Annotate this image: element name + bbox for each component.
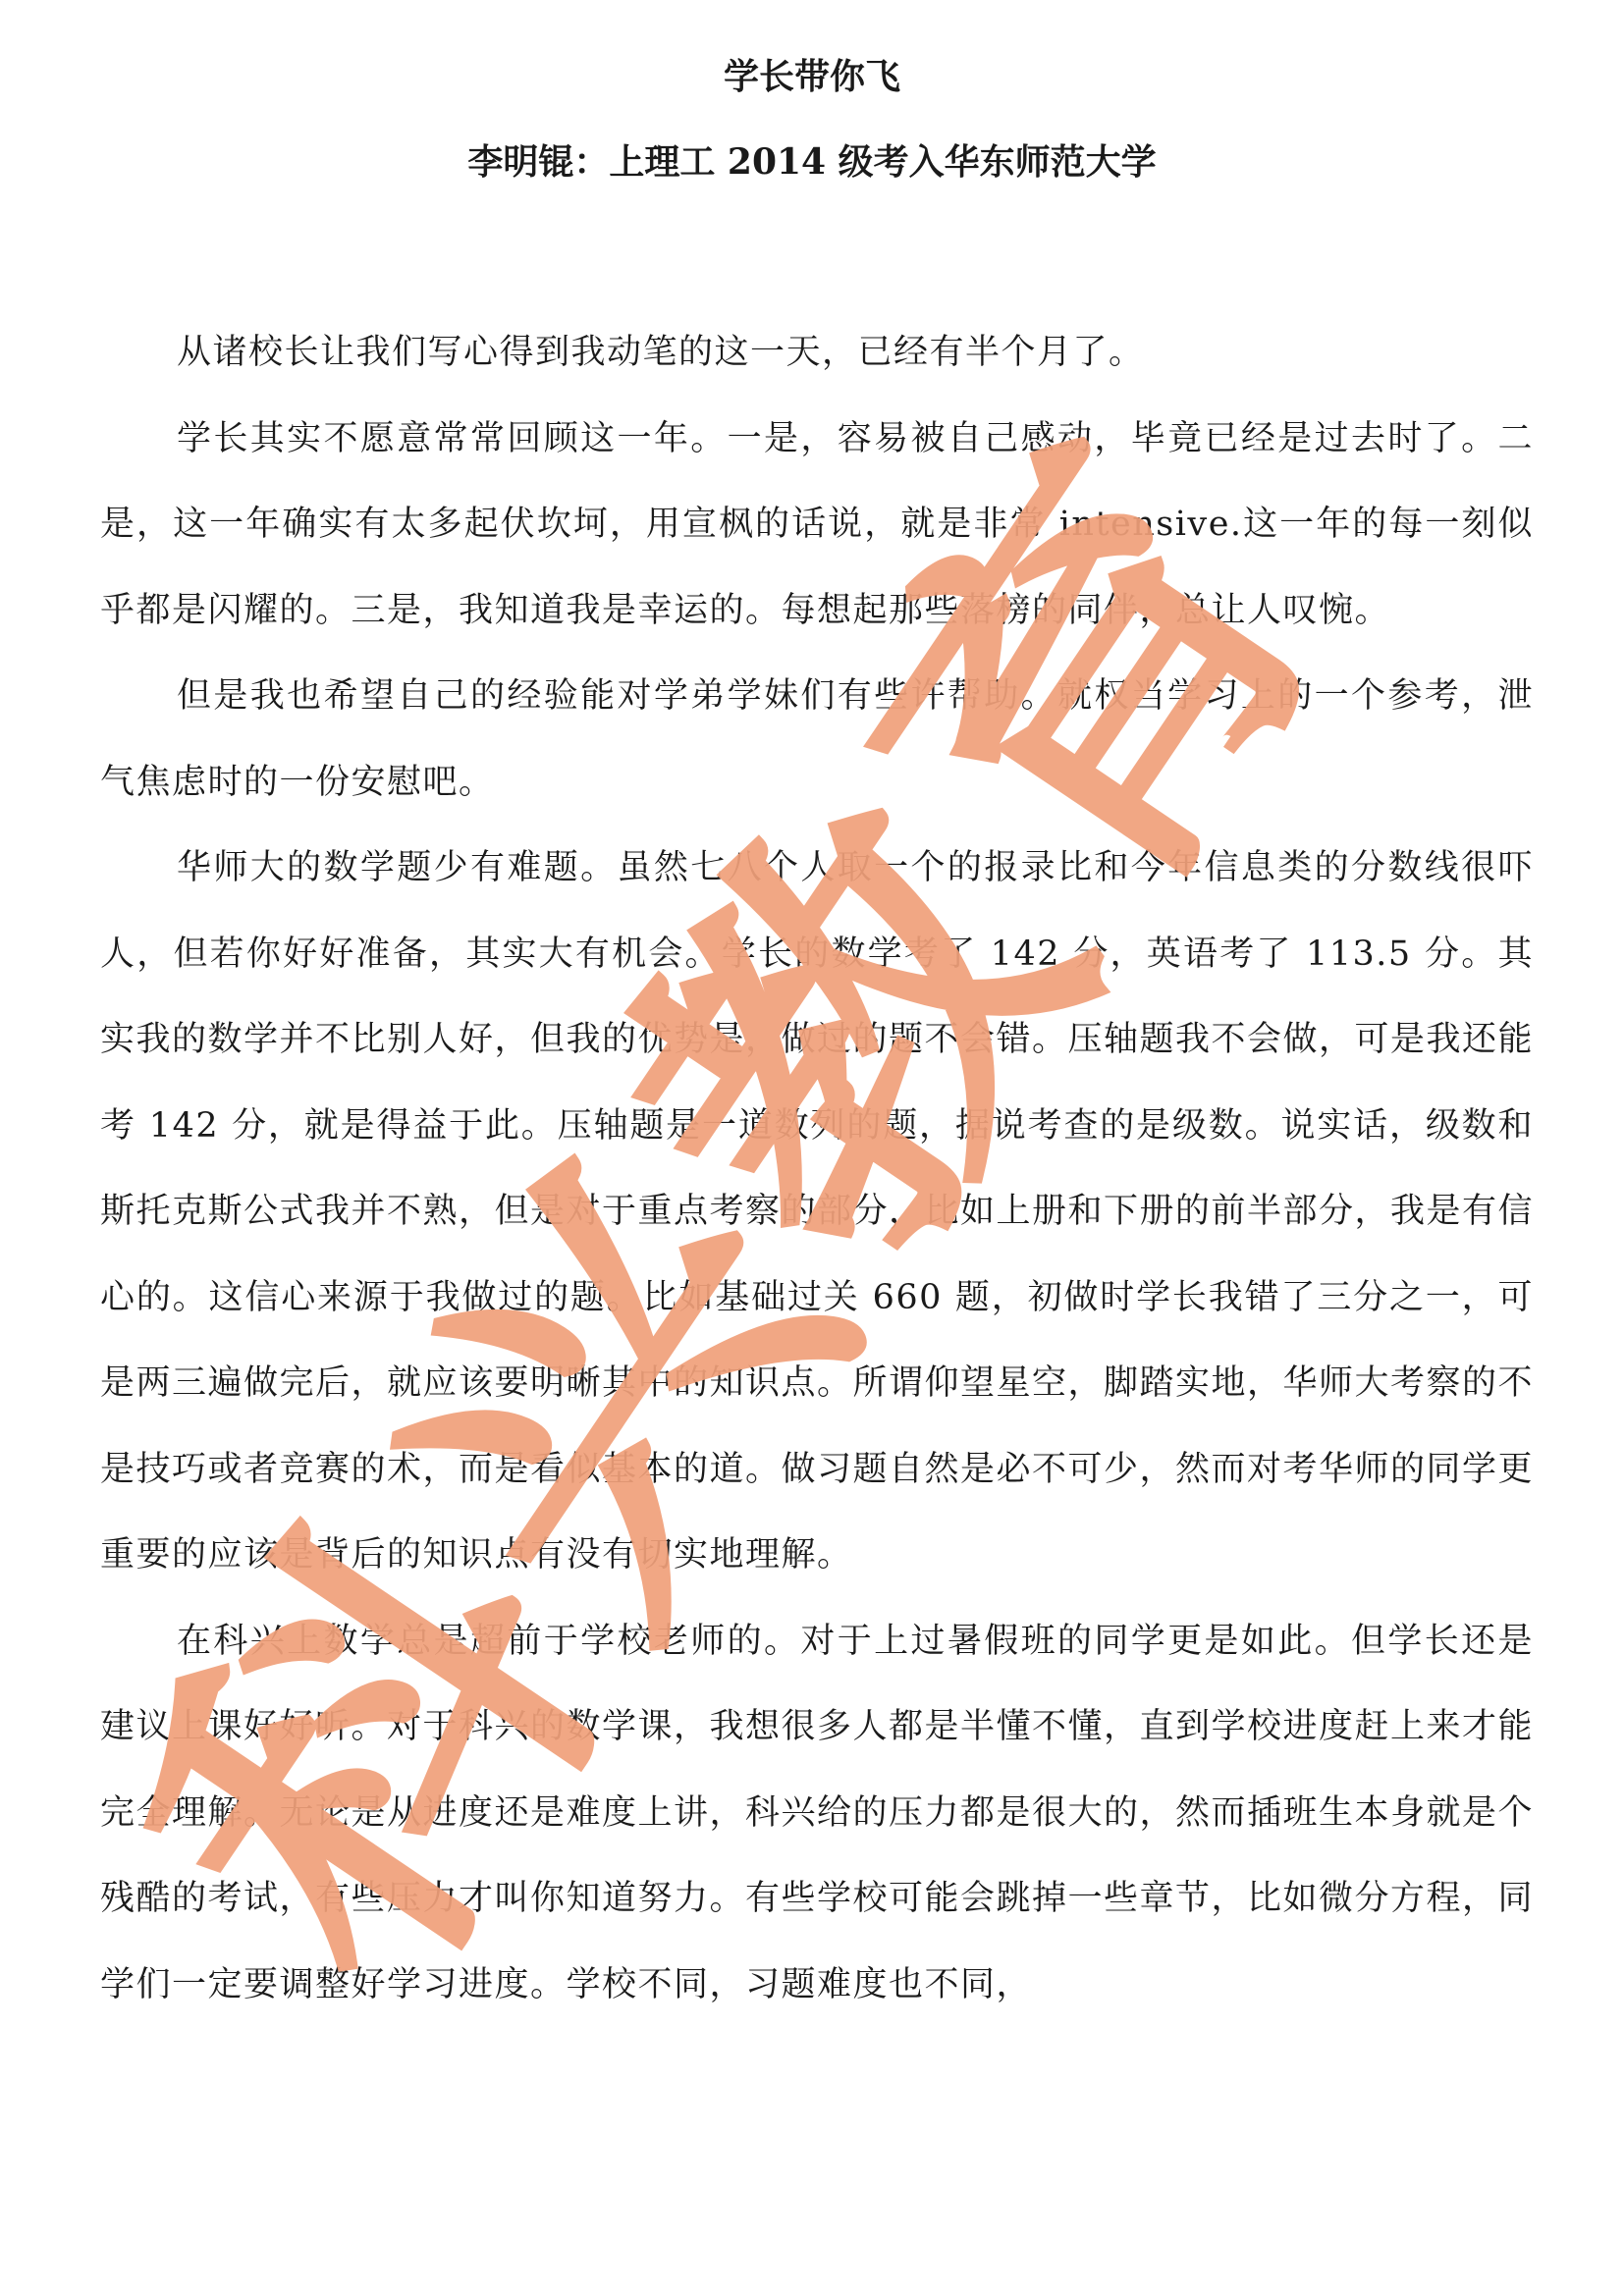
- paragraph-3: 但是我也希望自己的经验能对学弟学妹们有些许帮助。就权当学习上的一个参考，泄气焦虑…: [100, 654, 1534, 826]
- document-title: 学长带你飞: [0, 55, 1624, 98]
- paragraph-4: 华师大的数学题少有难题。虽然七八个人取一个的报录比和今年信息类的分数线很吓人，但…: [100, 826, 1534, 1599]
- document-body: 从诸校长让我们写心得到我动笔的这一天，已经有半个月了。 学长其实不愿意常常回顾这…: [100, 310, 1534, 2028]
- paragraph-2: 学长其实不愿意常常回顾这一年。一是，容易被自己感动，毕竟已经是过去时了。二是，这…: [100, 397, 1534, 655]
- document-page: 学长带你飞 李明锟：上理工 2014 级考入华东师范大学 从诸校长让我们写心得到…: [0, 0, 1624, 2296]
- paragraph-1: 从诸校长让我们写心得到我动笔的这一天，已经有半个月了。: [100, 310, 1534, 397]
- document-subtitle: 李明锟：上理工 2014 级考入华东师范大学: [0, 140, 1624, 184]
- paragraph-5: 在科兴上数学总是超前于学校老师的。对于上过暑假班的同学更是如此。但学长还是建议上…: [100, 1599, 1534, 2029]
